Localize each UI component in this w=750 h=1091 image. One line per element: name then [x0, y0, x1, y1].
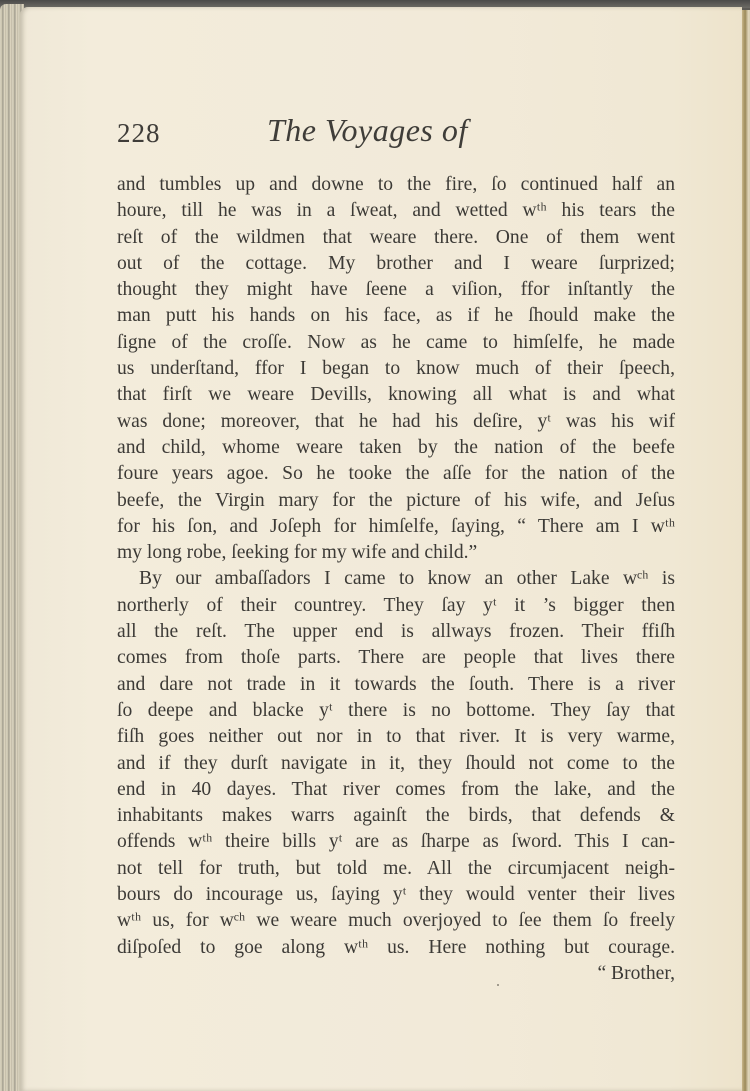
- text-line: that firſt we weare Devills, knowing all…: [117, 382, 675, 408]
- text-line: fiſh goes neither out nor in to that riv…: [117, 724, 675, 750]
- text-line: for his ſon, and Joſeph for himſelfe, ſa…: [117, 514, 675, 540]
- text-line: bours do incourage us, ſaying yᵗ they wo…: [117, 882, 675, 908]
- text-line-paragraph-start: By our ambaſſadors I came to know an oth…: [117, 566, 675, 592]
- running-title: The Voyages of: [267, 112, 468, 149]
- text-line: foure years agoe. So he tooke the aſſe f…: [117, 461, 675, 487]
- text-line: was done; moreover, that he had his deſi…: [117, 409, 675, 435]
- text-line: and tumbles up and downe to the fire, ſo…: [117, 172, 675, 198]
- paper-speck: [497, 984, 499, 986]
- text-line: reſt of the wildmen that weare there. On…: [117, 225, 675, 251]
- text-line: houre, till he was in a ſweat, and wette…: [117, 198, 675, 224]
- text-line: and child, whome weare taken by the nati…: [117, 435, 675, 461]
- body-text: and tumbles up and downe to the fire, ſo…: [117, 172, 675, 987]
- text-line: comes from thoſe parts. There are people…: [117, 645, 675, 671]
- text-line: inhabitants makes warrs againſt the bird…: [117, 803, 675, 829]
- text-line: end in 40 dayes. That river comes from t…: [117, 777, 675, 803]
- text-line: diſpoſed to goe along wᵗʰ us. Here nothi…: [117, 935, 675, 961]
- page-header: 228 The Voyages of: [117, 112, 677, 152]
- catchword: “ Brother,: [117, 961, 675, 987]
- text-line: wᵗʰ us, for wᶜʰ we weare much overjoyed …: [117, 908, 675, 934]
- text-line: man putt his hands on his face, as if he…: [117, 303, 675, 329]
- text-line-paragraph-end: my long robe, ſeeking for my wife and ch…: [117, 540, 675, 566]
- text-line: thought they might have ſeene a viſion, …: [117, 277, 675, 303]
- text-line: ſo deepe and blacke yᵗ there is no botto…: [117, 698, 675, 724]
- text-line: beefe, the Virgin mary for the picture o…: [117, 488, 675, 514]
- text-line: not tell for truth, but told me. All the…: [117, 856, 675, 882]
- text-line: all the reſt. The upper end is allways f…: [117, 619, 675, 645]
- text-line: and if they durſt navigate in it, they ſ…: [117, 751, 675, 777]
- book-gutter-edge: [742, 10, 750, 1091]
- text-line: offends wᵗʰ theire bills yᵗ are as ſharp…: [117, 829, 675, 855]
- text-line: ſigne of the croſſe. Now as he came to h…: [117, 330, 675, 356]
- text-line: out of the cottage. My brother and I wea…: [117, 251, 675, 277]
- text-line: northerly of their countrey. They ſay yᵗ…: [117, 593, 675, 619]
- page-number: 228: [117, 118, 161, 149]
- text-line: and dare not trade in it towards the ſou…: [117, 672, 675, 698]
- text-line: us underſtand, ffor I began to know much…: [117, 356, 675, 382]
